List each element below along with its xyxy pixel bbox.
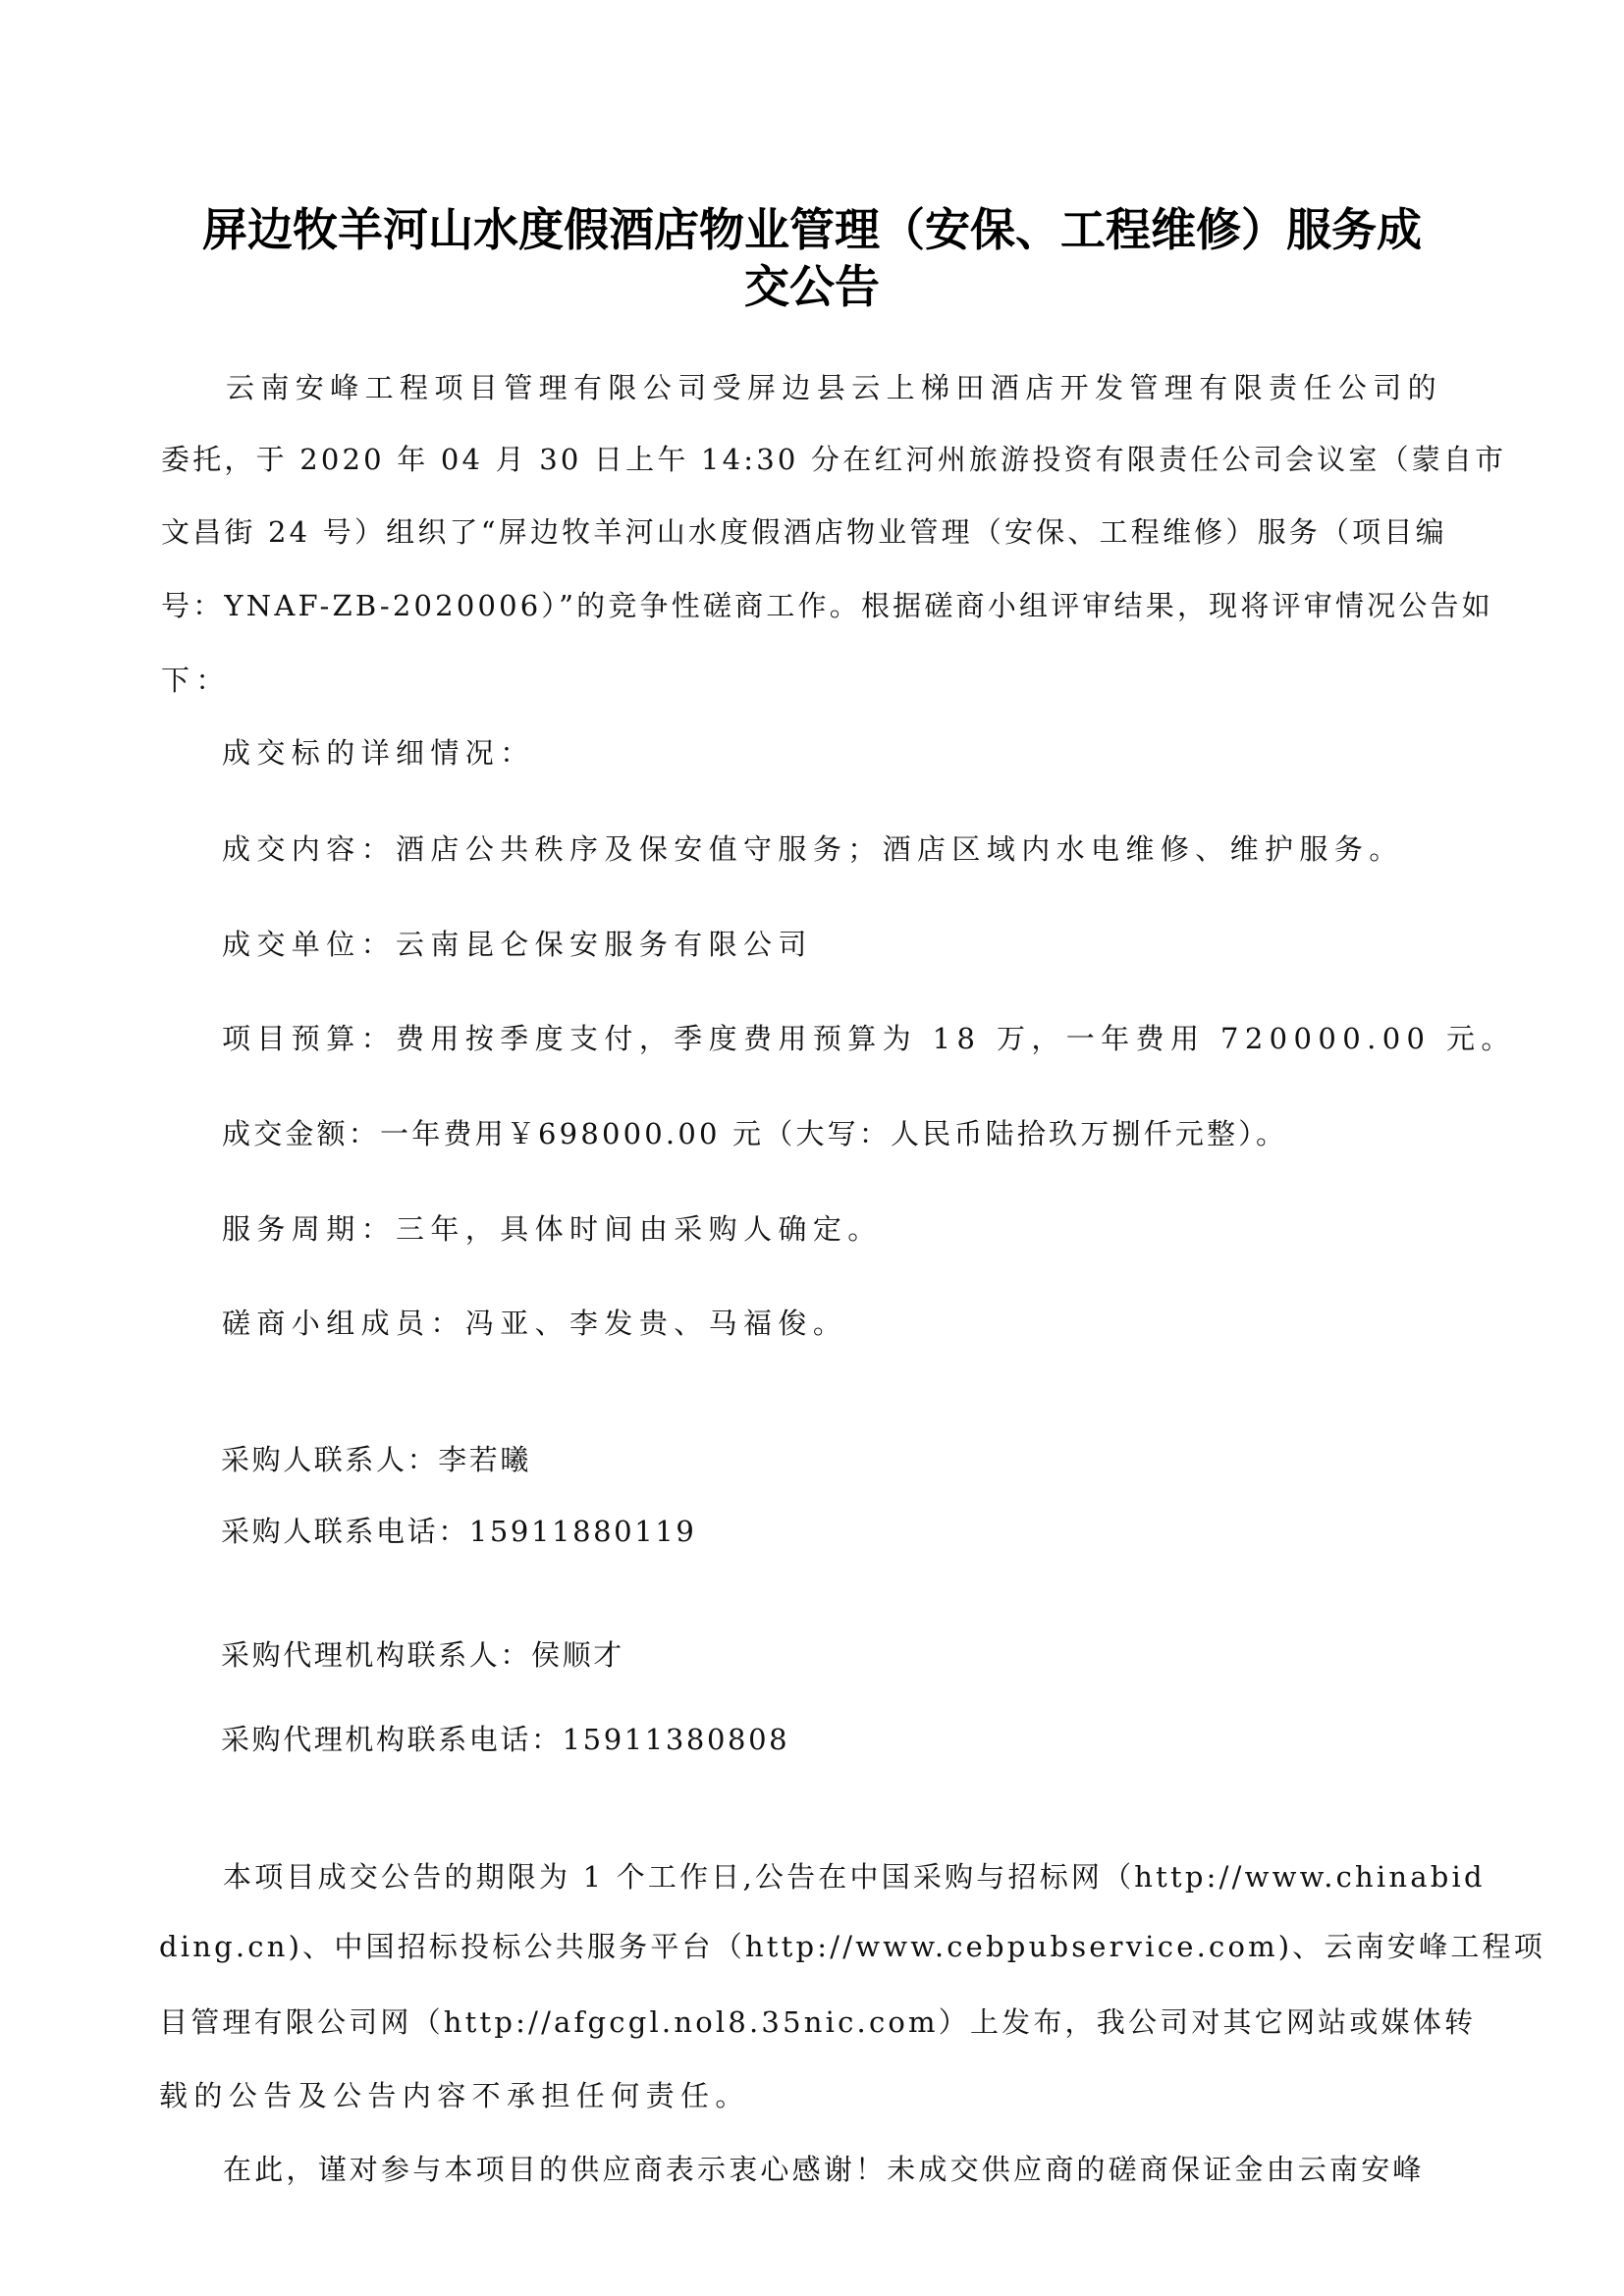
detail-value: 云南昆仑保安服务有限公司 (396, 928, 813, 961)
intro-paragraph-line-1: 云南安峰工程项目管理有限公司受屏边县云上梯田酒店开发管理有限责任公司的 (226, 368, 1442, 407)
closing-paragraph-line-1: 在此，谨对参与本项目的供应商表示衷心感谢！未成交供应商的磋商保证金由云南安峰 (223, 2150, 1425, 2189)
detail-label: 成交单位： (222, 928, 396, 961)
detail-row-budget: 项目预算：费用按季度支付，季度费用预算为 18 万，一年费用 720000.00… (222, 1019, 1516, 1058)
notice-paragraph-line-3: 目管理有限公司网（http://afgcgl.nol8.35nic.com）上发… (159, 2002, 1476, 2042)
detail-value: 酒店公共秩序及保安值守服务；酒店区域内水电维修、维护服务。 (396, 832, 1404, 866)
contact-label: 采购人联系电话： (221, 1515, 469, 1548)
intro-paragraph-line-4: 号：YNAF-ZB-2020006）”的竞争性磋商工作。根据磋商小组评审结果，现… (161, 586, 1493, 625)
detail-value: 费用按季度支付，季度费用预算为 18 万，一年费用 720000.00 元。 (396, 1022, 1516, 1055)
detail-label: 项目预算： (222, 1022, 396, 1055)
detail-label: 成交金额： (222, 1117, 380, 1150)
detail-row-content: 成交内容：酒店公共秩序及保安值守服务；酒店区域内水电维修、维护服务。 (222, 829, 1404, 869)
detail-label: 成交内容： (222, 832, 396, 866)
detail-row-service-period: 服务周期：三年，具体时间由采购人确定。 (222, 1209, 883, 1249)
intro-paragraph-line-3: 文昌街 24 号）组织了“屏边牧羊河山水度假酒店物业管理（安保、工程维修）服务（… (161, 512, 1447, 552)
detail-value: 一年费用￥698000.00 元（大写：人民币陆拾玖万捌仟元整）。 (380, 1117, 1287, 1150)
contact-label: 采购人联系人： (221, 1443, 438, 1476)
contact-label: 采购代理机构联系电话： (221, 1723, 563, 1756)
detail-row-winning-unit: 成交单位：云南昆仑保安服务有限公司 (222, 925, 813, 964)
document-page: 屏边牧羊河山水度假酒店物业管理（安保、工程维修）服务成 交公告 云南安峰工程项目… (0, 0, 1624, 2296)
detail-value: 冯亚、李发贵、马福俊。 (465, 1307, 847, 1340)
purchaser-contact-phone: 采购人联系电话：15911880119 (221, 1512, 696, 1551)
detail-row-panel-members: 磋商小组成员：冯亚、李发贵、马福俊。 (222, 1304, 847, 1343)
contact-value: 15911880119 (469, 1515, 697, 1548)
agency-contact-name: 采购代理机构联系人：侯顺才 (221, 1635, 624, 1675)
detail-label: 服务周期： (222, 1212, 396, 1246)
contact-value: 15911380808 (563, 1723, 790, 1756)
notice-paragraph-line-2: ding.cn)、中国招标投标公共服务平台（http://www.cebpubs… (159, 1927, 1545, 1966)
detail-label: 磋商小组成员： (222, 1307, 465, 1340)
detail-value: 三年，具体时间由采购人确定。 (396, 1212, 883, 1246)
contact-label: 采购代理机构联系人： (221, 1638, 531, 1672)
details-heading: 成交标的详细情况： (222, 733, 535, 773)
notice-paragraph-line-1: 本项目成交公告的期限为 1 个工作日,公告在中国采购与招标网（http://ww… (223, 1857, 1486, 1896)
intro-paragraph-line-5: 下： (161, 661, 231, 700)
document-title-line-2: 交公告 (137, 258, 1487, 315)
notice-paragraph-line-4: 载的公告及公告内容不承担任何责任。 (159, 2076, 750, 2115)
contact-value: 李若曦 (438, 1443, 531, 1476)
agency-contact-phone: 采购代理机构联系电话：15911380808 (221, 1720, 789, 1759)
detail-row-amount: 成交金额：一年费用￥698000.00 元（大写：人民币陆拾玖万捌仟元整）。 (222, 1114, 1287, 1153)
purchaser-contact-name: 采购人联系人：李若曦 (221, 1440, 531, 1479)
intro-paragraph-line-2: 委托，于 2020 年 04 月 30 日上午 14:30 分在红河州旅游投资有… (161, 440, 1506, 479)
contact-value: 侯顺才 (531, 1638, 624, 1672)
document-title-line-1: 屏边牧羊河山水度假酒店物业管理（安保、工程维修）服务成 (137, 201, 1487, 258)
